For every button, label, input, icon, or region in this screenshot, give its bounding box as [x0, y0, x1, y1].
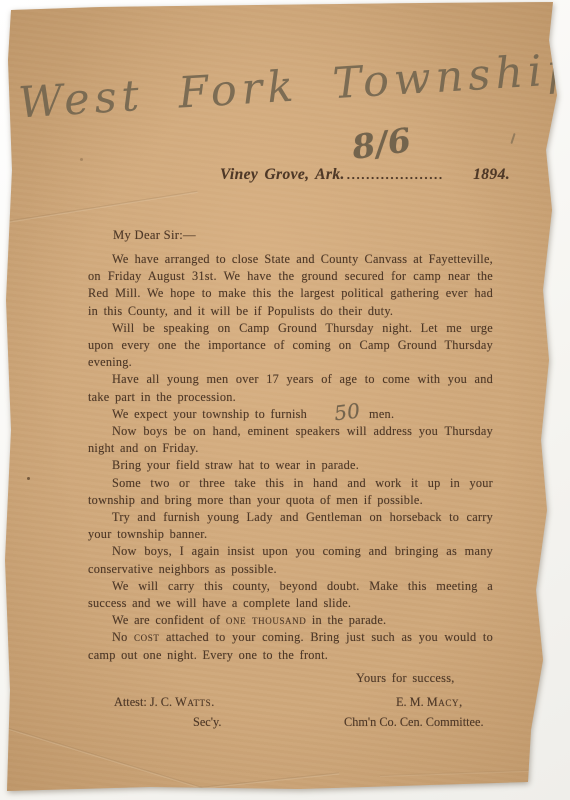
fold-crease-bottom-left	[6, 727, 203, 789]
fold-crease-top-left	[0, 191, 198, 224]
paper-speck	[27, 477, 30, 480]
chairman-name: Macy,	[427, 695, 463, 709]
paragraph-canvass: We have arranged to close State and Coun…	[88, 251, 493, 320]
paragraph-speaking: Will be speaking on Camp Ground Thursday…	[88, 320, 493, 372]
attest-name: Watts.	[175, 695, 215, 709]
paragraph-one-thousand: We are confident of one thousand in the …	[88, 612, 493, 629]
handwritten-date: 8/6	[350, 120, 414, 167]
pencil-stroke-mark	[510, 133, 515, 144]
paragraph-young-men: Have all young men over 17 years of age …	[88, 371, 493, 405]
scan-background: West Fork Township Viney Grove, Ark. ...…	[0, 0, 570, 800]
fold-crease-bottom-right	[380, 770, 530, 777]
smallcaps-cost: cost	[134, 630, 159, 644]
handwritten-township: West Fork Township	[17, 46, 559, 129]
letter-body: We have arranged to close State and Coun…	[88, 251, 493, 664]
dateline-year: 1894.	[473, 166, 510, 184]
attest-title: Sec'y.	[193, 715, 221, 730]
furnish-text-before: We expect your township to furnish	[112, 407, 307, 421]
fold-crease-bottom-mid	[190, 772, 339, 790]
attest-signature: Attest: J. C. Watts.	[114, 695, 215, 710]
paragraph-furnish: We expect your township to furnish50men.	[88, 406, 493, 423]
handwritten-quota: 50	[308, 409, 369, 417]
paragraph-straw-hat: Bring your field straw hat to wear in pa…	[88, 457, 493, 474]
salutation: My Dear Sir:—	[113, 228, 196, 243]
paragraph-quota: Some two or three take this in hand and …	[88, 475, 493, 509]
letter-paper: West Fork Township Viney Grove, Ark. ...…	[0, 0, 570, 800]
paragraph-landslide: We will carry this county, beyond doubt.…	[88, 578, 493, 612]
closing-phrase: Yours for success,	[356, 671, 455, 686]
dotted-rule: ....................	[347, 167, 471, 183]
dateline-place: Viney Grove, Ark.	[220, 166, 345, 184]
smallcaps-one-thousand: one thousand	[226, 613, 306, 627]
paragraph-horseback: Try and furnish young Lady and Gentleman…	[88, 509, 493, 543]
paper-speck	[80, 158, 83, 161]
furnish-text-after: men.	[369, 407, 394, 421]
paper-wrapper: West Fork Township Viney Grove, Ark. ...…	[0, 0, 570, 800]
chairman-title: Chm'n Co. Cen. Committee.	[344, 715, 484, 730]
paragraph-neighbors: Now boys, I again insist upon you coming…	[88, 543, 493, 577]
dateline: Viney Grove, Ark. .................... 1…	[220, 166, 510, 184]
paragraph-no-cost: No cost attached to your coming. Bring j…	[88, 629, 493, 663]
paragraph-speakers: Now boys be on hand, eminent speakers wi…	[88, 423, 493, 457]
chairman-signature: E. M. Macy,	[396, 695, 463, 710]
